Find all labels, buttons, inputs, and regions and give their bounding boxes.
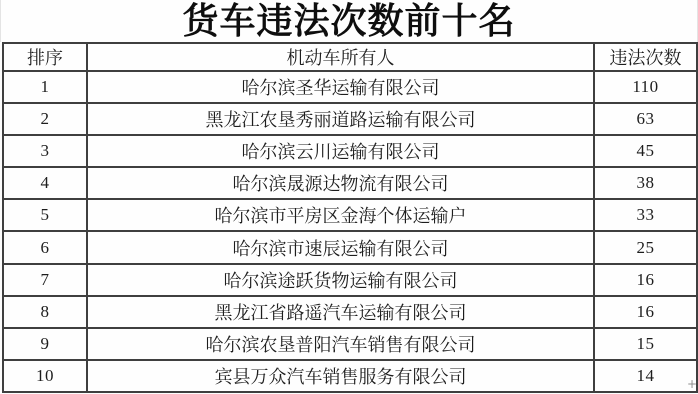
rank-cell: 6 xyxy=(3,231,87,263)
table-row: 1 哈尔滨圣华运输有限公司 110 xyxy=(3,71,697,103)
owner-cell: 哈尔滨途跃货物运输有限公司 xyxy=(87,264,594,296)
owner-cell: 黑龙江农垦秀丽道路运输有限公司 xyxy=(87,103,594,135)
owner-cell: 哈尔滨市平房区金海个体运输户 xyxy=(87,199,594,231)
count-cell: 33 xyxy=(594,199,697,231)
table-row: 4 哈尔滨晟源达物流有限公司 38 xyxy=(3,167,697,199)
owner-cell: 哈尔滨云川运输有限公司 xyxy=(87,135,594,167)
rank-cell: 8 xyxy=(3,296,87,328)
rank-cell: 5 xyxy=(3,199,87,231)
header-rank: 排序 xyxy=(3,43,87,71)
header-owner: 机动车所有人 xyxy=(87,43,594,71)
rank-cell: 4 xyxy=(3,167,87,199)
count-cell: 38 xyxy=(594,167,697,199)
table-row: 5 哈尔滨市平房区金海个体运输户 33 xyxy=(3,199,697,231)
table-row: 6 哈尔滨市速辰运输有限公司 25 xyxy=(3,231,697,263)
page: 货车违法次数前十名 排序 机动车所有人 违法次数 1 哈尔滨圣华运输有限公司 1… xyxy=(0,0,698,394)
header-count: 违法次数 xyxy=(594,43,697,71)
owner-cell: 哈尔滨市速辰运输有限公司 xyxy=(87,231,594,263)
count-cell: 16 xyxy=(594,296,697,328)
owner-cell: 哈尔滨圣华运输有限公司 xyxy=(87,71,594,103)
page-title: 货车违法次数前十名 xyxy=(182,3,515,39)
table-row: 2 黑龙江农垦秀丽道路运输有限公司 63 xyxy=(3,103,697,135)
corner-artifact-mark: + xyxy=(687,378,697,390)
table-row: 3 哈尔滨云川运输有限公司 45 xyxy=(3,135,697,167)
rank-cell: 3 xyxy=(3,135,87,167)
table-row: 10 宾县万众汽车销售服务有限公司 14 xyxy=(3,360,697,392)
table-row: 7 哈尔滨途跃货物运输有限公司 16 xyxy=(3,264,697,296)
violation-rank-table: 排序 机动车所有人 违法次数 1 哈尔滨圣华运输有限公司 110 2 黑龙江农垦… xyxy=(2,42,698,393)
count-cell: 63 xyxy=(594,103,697,135)
owner-cell: 哈尔滨农垦普阳汽车销售有限公司 xyxy=(87,328,594,360)
table-header-row: 排序 机动车所有人 违法次数 xyxy=(3,43,697,71)
rank-cell: 10 xyxy=(3,360,87,392)
owner-cell: 宾县万众汽车销售服务有限公司 xyxy=(87,360,594,392)
count-cell: 45 xyxy=(594,135,697,167)
count-cell: 25 xyxy=(594,231,697,263)
count-cell: 16 xyxy=(594,264,697,296)
owner-cell: 哈尔滨晟源达物流有限公司 xyxy=(87,167,594,199)
rank-cell: 7 xyxy=(3,264,87,296)
table-row: 8 黑龙江省路遥汽车运输有限公司 16 xyxy=(3,296,697,328)
title-bar: 货车违法次数前十名 xyxy=(0,0,698,42)
count-cell: 14 xyxy=(594,360,697,392)
owner-cell: 黑龙江省路遥汽车运输有限公司 xyxy=(87,296,594,328)
rank-cell: 9 xyxy=(3,328,87,360)
table-row: 9 哈尔滨农垦普阳汽车销售有限公司 15 xyxy=(3,328,697,360)
rank-cell: 1 xyxy=(3,71,87,103)
count-cell: 110 xyxy=(594,71,697,103)
rank-cell: 2 xyxy=(3,103,87,135)
count-cell: 15 xyxy=(594,328,697,360)
